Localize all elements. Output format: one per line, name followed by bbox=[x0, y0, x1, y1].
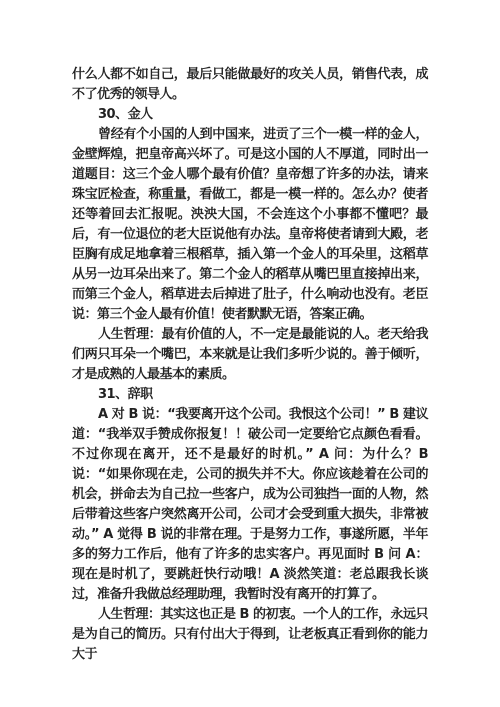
paragraph: 人生哲理：最有价值的人，不一定是最能说的人。老天给我们两只耳朵一个嘴巴，本来就是… bbox=[72, 325, 428, 385]
document-page: 什么人都不如自己，最后只能做最好的攻关人员，销售代表，成不了优秀的领导人。30、… bbox=[0, 0, 500, 707]
section-heading: 31、辞职 bbox=[72, 385, 428, 405]
paragraph: A 对 B 说：“我要离开这个公司。我恨这个公司！” B 建议道：“我举双手赞成… bbox=[72, 405, 428, 605]
paragraph: 曾经有个小国的人到中国来，进贡了三个一模一样的金人，金壁辉煌，把皇帝高兴坏了。可… bbox=[72, 125, 428, 325]
text-block: 什么人都不如自己，最后只能做最好的攻关人员，销售代表，成不了优秀的领导人。30、… bbox=[72, 65, 428, 665]
paragraph: 人生哲理：其实这也正是 B 的初衷。一个人的工作，永远只是为自己的简历。只有付出… bbox=[72, 605, 428, 665]
paragraph: 什么人都不如自己，最后只能做最好的攻关人员，销售代表，成不了优秀的领导人。 bbox=[72, 65, 428, 105]
section-heading: 30、金人 bbox=[72, 105, 428, 125]
